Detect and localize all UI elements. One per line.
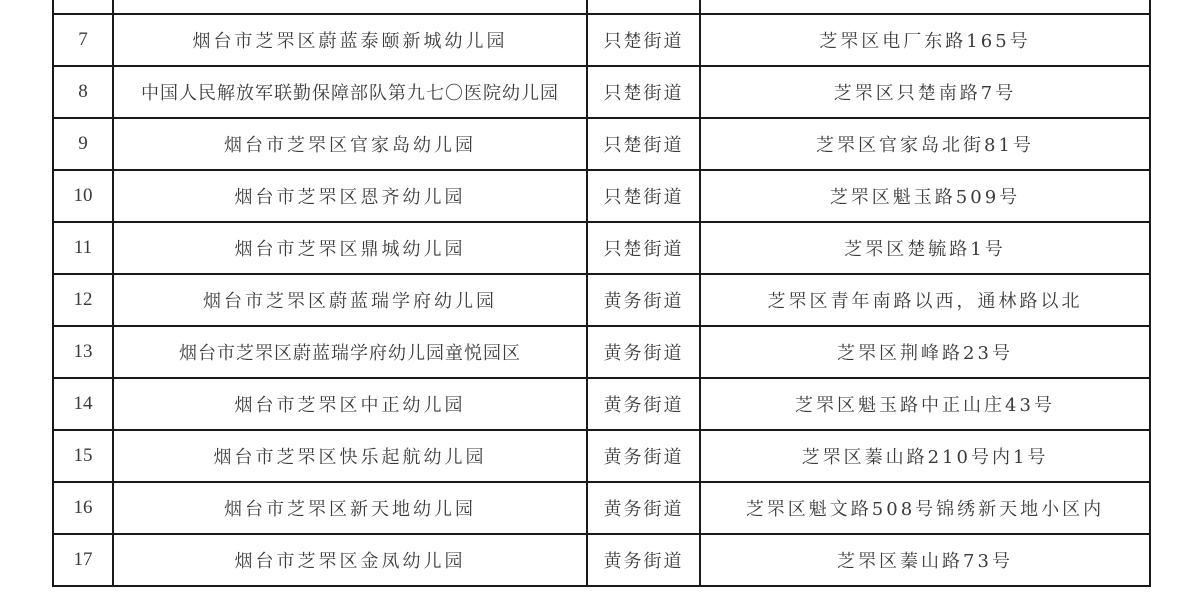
cell-address: 芝罘区魁玉路中正山庄43号 <box>700 378 1150 430</box>
cell-name: 烟台市芝罘区中正幼儿园 <box>113 378 587 430</box>
cell-address: 芝罘区魁玉路509号 <box>700 170 1150 222</box>
cell-name: 烟台市芝罘区官家岛幼儿园 <box>113 118 587 170</box>
cell-street: 黄务街道 <box>587 430 700 482</box>
cell-number: 10 <box>53 170 113 222</box>
cell-street <box>587 0 700 14</box>
table-row: 11 烟台市芝罘区鼎城幼儿园 只楚街道 芝罘区楚毓路1号 <box>53 222 1150 274</box>
cell-street: 黄务街道 <box>587 326 700 378</box>
cell-address: 芝罘区电厂东路165号 <box>700 14 1150 66</box>
cell-address: 芝罘区楚毓路1号 <box>700 222 1150 274</box>
table-row: 16 烟台市芝罘区新天地幼儿园 黄务街道 芝罘区魁文路508号锦绣新天地小区内 <box>53 482 1150 534</box>
cell-street: 只楚街道 <box>587 118 700 170</box>
cell-name: 烟台市芝罘区蔚蓝泰颐新城幼儿园 <box>113 14 587 66</box>
cell-name <box>113 0 587 14</box>
kindergarten-table: 7 烟台市芝罘区蔚蓝泰颐新城幼儿园 只楚街道 芝罘区电厂东路165号 8 中国人… <box>52 0 1151 587</box>
cell-address: 芝罘区蓁山路210号内1号 <box>700 430 1150 482</box>
cell-name: 烟台市芝罘区金凤幼儿园 <box>113 534 587 586</box>
table-row: 12 烟台市芝罘区蔚蓝瑞学府幼儿园 黄务街道 芝罘区青年南路以西，通林路以北 <box>53 274 1150 326</box>
cell-number: 12 <box>53 274 113 326</box>
cell-number: 13 <box>53 326 113 378</box>
cell-number: 16 <box>53 482 113 534</box>
cell-street: 黄务街道 <box>587 534 700 586</box>
document-page: 7 烟台市芝罘区蔚蓝泰颐新城幼儿园 只楚街道 芝罘区电厂东路165号 8 中国人… <box>0 0 1200 600</box>
cell-number: 17 <box>53 534 113 586</box>
table-row: 9 烟台市芝罘区官家岛幼儿园 只楚街道 芝罘区官家岛北街81号 <box>53 118 1150 170</box>
table-row: 8 中国人民解放军联勤保障部队第九七〇医院幼儿园 只楚街道 芝罘区只楚南路7号 <box>53 66 1150 118</box>
table-row: 13 烟台市芝罘区蔚蓝瑞学府幼儿园童悦园区 黄务街道 芝罘区荆峰路23号 <box>53 326 1150 378</box>
cell-street: 黄务街道 <box>587 378 700 430</box>
table-row: 14 烟台市芝罘区中正幼儿园 黄务街道 芝罘区魁玉路中正山庄43号 <box>53 378 1150 430</box>
cell-address: 芝罘区青年南路以西，通林路以北 <box>700 274 1150 326</box>
table-row: 17 烟台市芝罘区金凤幼儿园 黄务街道 芝罘区蓁山路73号 <box>53 534 1150 586</box>
cell-name: 烟台市芝罘区快乐起航幼儿园 <box>113 430 587 482</box>
cell-number: 11 <box>53 222 113 274</box>
cell-name: 烟台市芝罘区蔚蓝瑞学府幼儿园 <box>113 274 587 326</box>
table-row: 7 烟台市芝罘区蔚蓝泰颐新城幼儿园 只楚街道 芝罘区电厂东路165号 <box>53 14 1150 66</box>
cell-street: 只楚街道 <box>587 14 700 66</box>
cell-number: 8 <box>53 66 113 118</box>
cell-name: 烟台市芝罘区新天地幼儿园 <box>113 482 587 534</box>
cell-address: 芝罘区蓁山路73号 <box>700 534 1150 586</box>
cell-street: 黄务街道 <box>587 482 700 534</box>
cell-name: 烟台市芝罘区蔚蓝瑞学府幼儿园童悦园区 <box>113 326 587 378</box>
table-row: 10 烟台市芝罘区恩齐幼儿园 只楚街道 芝罘区魁玉路509号 <box>53 170 1150 222</box>
cell-address <box>700 0 1150 14</box>
cell-street: 只楚街道 <box>587 170 700 222</box>
cell-number <box>53 0 113 14</box>
cell-street: 只楚街道 <box>587 66 700 118</box>
cell-number: 15 <box>53 430 113 482</box>
cell-address: 芝罘区只楚南路7号 <box>700 66 1150 118</box>
cell-number: 9 <box>53 118 113 170</box>
table-row: 15 烟台市芝罘区快乐起航幼儿园 黄务街道 芝罘区蓁山路210号内1号 <box>53 430 1150 482</box>
cell-address: 芝罘区官家岛北街81号 <box>700 118 1150 170</box>
cell-name: 烟台市芝罘区鼎城幼儿园 <box>113 222 587 274</box>
cell-address: 芝罘区荆峰路23号 <box>700 326 1150 378</box>
cell-name: 中国人民解放军联勤保障部队第九七〇医院幼儿园 <box>113 66 587 118</box>
cell-address: 芝罘区魁文路508号锦绣新天地小区内 <box>700 482 1150 534</box>
cell-number: 7 <box>53 14 113 66</box>
cell-number: 14 <box>53 378 113 430</box>
cell-street: 黄务街道 <box>587 274 700 326</box>
table-row-partial <box>53 0 1150 14</box>
cell-street: 只楚街道 <box>587 222 700 274</box>
cell-name: 烟台市芝罘区恩齐幼儿园 <box>113 170 587 222</box>
kindergarten-table-container: 7 烟台市芝罘区蔚蓝泰颐新城幼儿园 只楚街道 芝罘区电厂东路165号 8 中国人… <box>52 0 1151 587</box>
